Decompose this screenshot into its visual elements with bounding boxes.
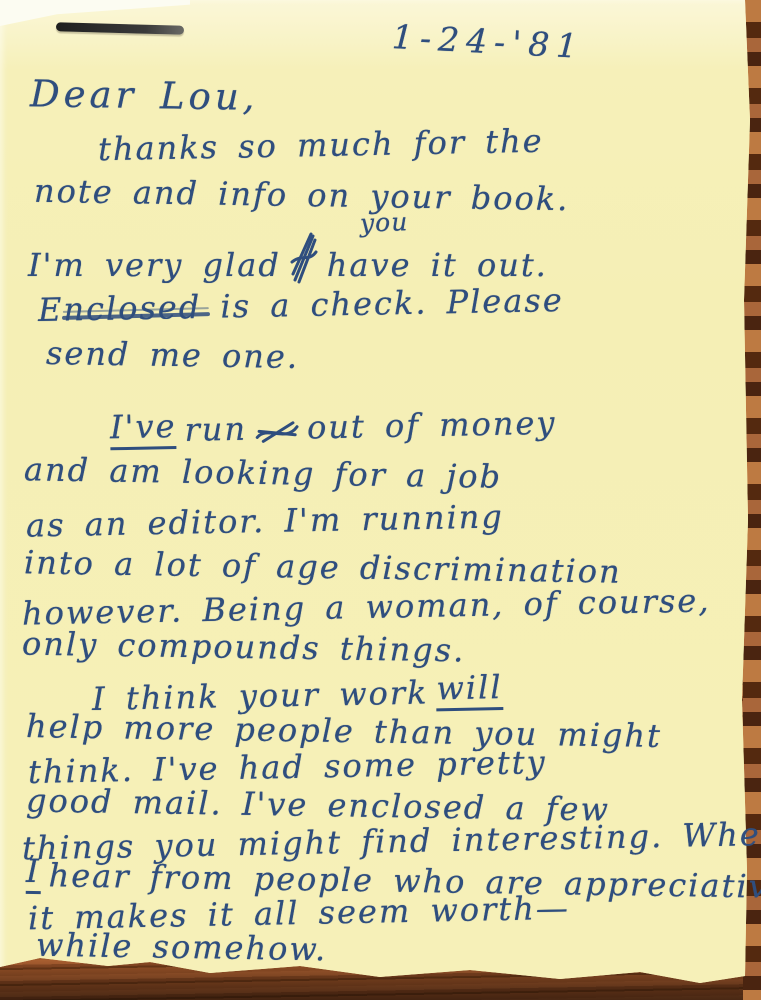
letter-line: out of money <box>307 404 557 447</box>
letter-line: I'm very glad <box>28 246 281 284</box>
letter-line: have it out. <box>327 246 548 284</box>
underlined-word: will <box>436 668 503 711</box>
underlined-word: I've <box>110 407 177 450</box>
underlined-word: I <box>26 852 41 894</box>
scribble-mark <box>289 232 319 284</box>
letter-line: and am looking for a job <box>24 450 503 496</box>
salutation: Dear Lou, <box>30 72 259 119</box>
letter-line: only compounds things. <box>22 625 466 670</box>
scribble-mark <box>255 417 300 448</box>
letter-line: run <box>184 410 247 449</box>
letter-scan: 1-24-'81 Dear Lou, thanks so much for th… <box>0 0 761 1000</box>
letter-line: send me one. <box>46 334 300 376</box>
letter-line: while somehow. <box>36 926 328 969</box>
